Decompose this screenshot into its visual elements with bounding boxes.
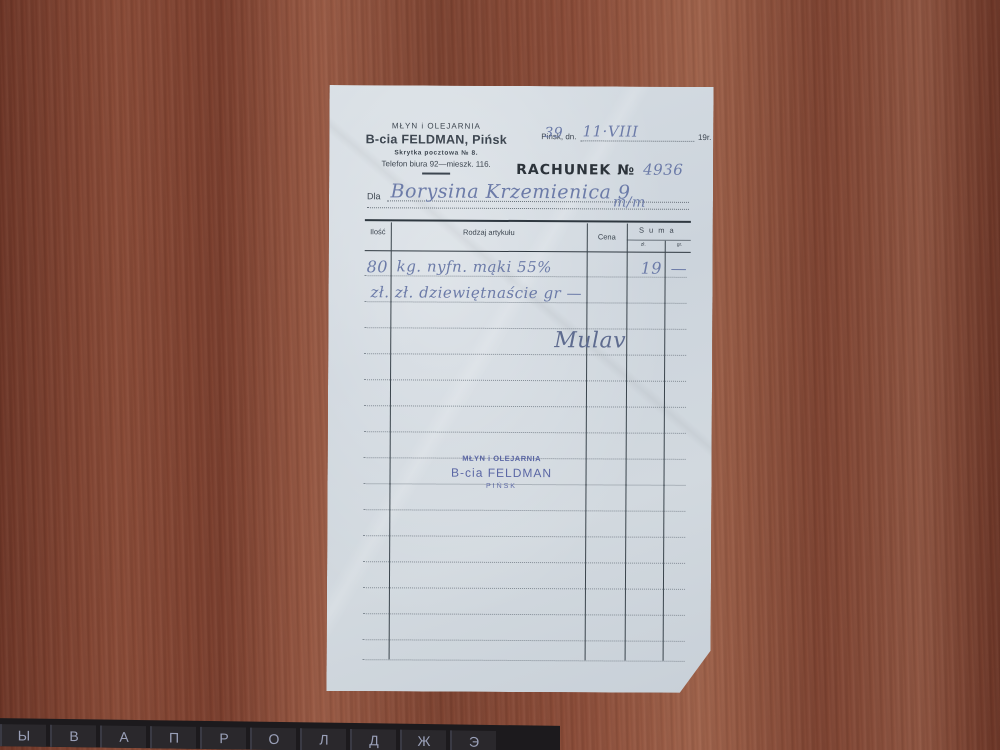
ruled-line <box>364 353 686 356</box>
keyboard-key: П <box>150 726 196 749</box>
date-field: 11·VIII <box>580 128 694 142</box>
ruled-line <box>363 535 685 538</box>
ruled-line <box>363 587 685 590</box>
keyboard-key: О <box>250 728 296 750</box>
keyboard-key: Л <box>300 728 346 750</box>
row1-gr: — <box>671 259 688 278</box>
keyboard-key: Э <box>450 730 496 750</box>
handwritten-date: 11·VIII <box>582 122 638 140</box>
ruled-line <box>363 561 685 564</box>
number-sign: № <box>617 163 635 179</box>
stamp-line-1: MŁYN i OLEJARNIA <box>442 454 562 464</box>
column-header-qty: Ilość <box>365 227 391 236</box>
keyboard-key: А <box>100 725 146 748</box>
keyboard-key: Ж <box>400 730 446 750</box>
keyboard-key: Д <box>350 729 396 750</box>
date-line: Pińsk, dn. 11·VIII 19 39 r. <box>541 128 711 142</box>
keyboard-key: В <box>50 725 96 748</box>
row1-article: kg. nyfn. mąki 55% <box>397 257 552 276</box>
column-header-gr: gr. <box>677 242 683 248</box>
phone-numbers: Telefon biura 92—mieszk. 116. <box>351 159 521 169</box>
table-top-rule <box>365 219 691 223</box>
row2-amount-in-words: zł. zł. dziewiętnaście gr — <box>370 283 582 302</box>
column-divider <box>585 223 589 660</box>
invoice-number: 4936 <box>643 161 683 179</box>
company-name: B-cia FELDMAN, Pińsk <box>351 132 521 147</box>
sum-subheader-rule <box>627 240 691 241</box>
ruled-line <box>363 639 685 642</box>
year-field: 19 39 r. <box>698 133 711 142</box>
invoice-title-label: RACHUNEK <box>516 162 611 178</box>
keyboard-key: Ы <box>0 724 46 747</box>
ruled-line <box>364 327 686 330</box>
header-divider <box>422 172 450 174</box>
year-suffix: r. <box>707 133 712 142</box>
keyboard-edge: Ы В А П Р О Л Д Ж Э <box>0 718 560 750</box>
po-box: Skrytka pocztowa № 8. <box>351 149 521 157</box>
handwritten-year: 39 <box>544 125 563 141</box>
items-table: Ilość Rodzaj artykułu Cena Suma zł. gr. … <box>363 219 691 661</box>
invoice-title: RACHUNEK № 4936 <box>516 160 683 179</box>
ruled-line <box>364 431 686 434</box>
company-letterhead: MŁYN i OLEJARNIA B-cia FELDMAN, Pińsk Sk… <box>351 121 521 175</box>
recipient-line2-text: m/m <box>613 194 646 210</box>
recipient-name: Borysina Krzemienica 9 <box>390 180 630 203</box>
ruled-line <box>363 613 685 616</box>
row1-qty: 80 <box>367 257 388 276</box>
company-subtitle: MŁYN i OLEJARNIA <box>351 121 521 131</box>
column-header-sum: Suma <box>627 226 691 235</box>
ruled-line <box>364 379 686 382</box>
year-prefix: 19 <box>698 133 707 142</box>
column-header-zl: zł. <box>641 242 646 248</box>
stamp-line-2: B-cia FELDMAN <box>442 466 562 481</box>
signature: Mulav <box>554 328 626 353</box>
column-divider <box>625 224 629 661</box>
ruled-line <box>363 509 685 512</box>
column-header-article: Rodzaj artykułu <box>391 227 587 237</box>
column-header-price: Cena <box>587 232 627 241</box>
recipient-label: Dla <box>367 191 381 201</box>
invoice-paper: MŁYN i OLEJARNIA B-cia FELDMAN, Pińsk Sk… <box>326 85 713 693</box>
stamp-line-3: PIŃSK <box>441 483 561 491</box>
row1-zl: 19 <box>641 259 662 278</box>
ruled-line <box>363 659 685 662</box>
company-stamp: MŁYN i OLEJARNIA B-cia FELDMAN PIŃSK <box>441 454 561 491</box>
table-header-rule <box>365 250 691 253</box>
recipient-line-2: m/m <box>367 207 689 210</box>
keyboard-key: Р <box>200 727 246 750</box>
ruled-line <box>364 405 686 408</box>
